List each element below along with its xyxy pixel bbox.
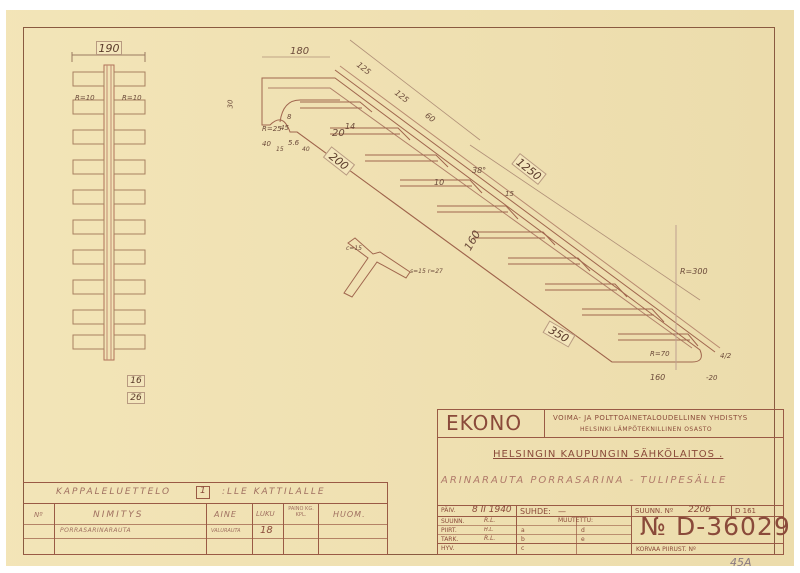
designer-value: R.L. bbox=[484, 517, 495, 524]
dim-tip: 4/2 bbox=[720, 352, 731, 360]
dim-radius-large: R=300 bbox=[680, 267, 708, 276]
company-logo: EKONO bbox=[446, 411, 522, 435]
col-header-weight: PAINO KG. KPL. bbox=[286, 506, 316, 518]
side-dim-16: 16 bbox=[127, 375, 145, 387]
change-row-e: e bbox=[581, 536, 585, 543]
col-header-remarks: HUOM. bbox=[333, 510, 366, 519]
checked-value: R.L. bbox=[484, 535, 495, 542]
side-width-dim: 190 bbox=[96, 41, 122, 55]
dim-radius-hook: R=25 bbox=[262, 125, 282, 133]
org-name: VOIMA- JA POLTTOAINETALOUDELLINEN YHDIST… bbox=[553, 414, 748, 422]
change-row-c: c bbox=[521, 545, 524, 552]
col-header-name: NIMITYS bbox=[93, 510, 144, 520]
parts-list-title-prefix: KAPPALELUETTELO bbox=[56, 487, 171, 497]
sheet-annotation: 45A bbox=[730, 556, 752, 569]
section-note: s=15 r=27 bbox=[410, 268, 443, 275]
designer-label: SUUNN. bbox=[441, 518, 464, 525]
drawn-label: PIIRT. bbox=[441, 527, 457, 534]
dim-angle: 38° bbox=[472, 166, 486, 175]
dim-base-offset: -20 bbox=[706, 374, 717, 382]
changes-label: MUUTETTU: bbox=[558, 517, 593, 524]
dim-radius-small: R=70 bbox=[650, 350, 670, 358]
scale-label: SUHDE: bbox=[520, 507, 551, 516]
date-value: 8 II 1940 bbox=[472, 505, 512, 515]
dim-top-length: 180 bbox=[290, 46, 309, 57]
row-1-material: VALURAUTA bbox=[211, 528, 241, 534]
col-header-material: AINE bbox=[214, 510, 237, 519]
org-department: HELSINKI LÄMPÖTEKNILLINEN OSASTO bbox=[580, 426, 712, 433]
drawn-value: H.L. bbox=[484, 527, 494, 533]
dim-hook-under-2: 5.6 bbox=[288, 139, 299, 147]
dim-rib-thickness: 15 bbox=[505, 190, 514, 198]
scale-value: — bbox=[558, 507, 566, 516]
replaces-label: KORVAA PIIRUST. Nº bbox=[636, 546, 696, 553]
dim-left-height: 30 bbox=[226, 100, 234, 109]
drawing-subject: ARINARAUTA PORRASARINA - TULIPESÄLLE bbox=[441, 475, 727, 486]
rib-note-right: R=10 bbox=[122, 94, 142, 102]
dim-hook-small-1: 8 bbox=[287, 113, 291, 121]
change-row-d: d bbox=[581, 527, 585, 534]
col-header-no: Nº bbox=[34, 511, 43, 519]
row-1-qty: 18 bbox=[260, 525, 273, 536]
row-1-name: PORRASARINARAUTA bbox=[60, 527, 131, 534]
dim-hook-under-4: 40 bbox=[302, 146, 310, 153]
client-name: HELSINGIN KAUPUNGIN SÄHKÖLAITOS . bbox=[493, 449, 723, 460]
change-row-a: a bbox=[521, 527, 525, 534]
dim-base-length: 160 bbox=[650, 373, 665, 382]
parts-list-title-suffix: :LLE KATTILALLE bbox=[222, 487, 326, 497]
col-header-qty: LUKU bbox=[256, 510, 275, 518]
approved-label: HYV. bbox=[441, 545, 454, 552]
section-label: c=15 bbox=[346, 245, 362, 252]
dim-rib-gap: 10 bbox=[434, 178, 444, 187]
side-dim-26: 26 bbox=[127, 392, 145, 404]
dim-hook-small-2: 45 bbox=[280, 124, 289, 132]
rib-note-left: R=10 bbox=[75, 94, 95, 102]
parts-count: 1 bbox=[200, 486, 206, 496]
dim-hook-under-1: 40 bbox=[262, 140, 271, 148]
dim-hook-under-3: 15 bbox=[276, 146, 284, 153]
dim-rib-height: 20 bbox=[332, 128, 345, 139]
dim-rib-width: 14 bbox=[345, 122, 355, 131]
drawing-number: № D-36029 bbox=[640, 512, 791, 541]
checked-label: TARK. bbox=[441, 536, 458, 543]
date-label: PÄIV. bbox=[441, 507, 455, 514]
change-row-b: b bbox=[521, 536, 525, 543]
